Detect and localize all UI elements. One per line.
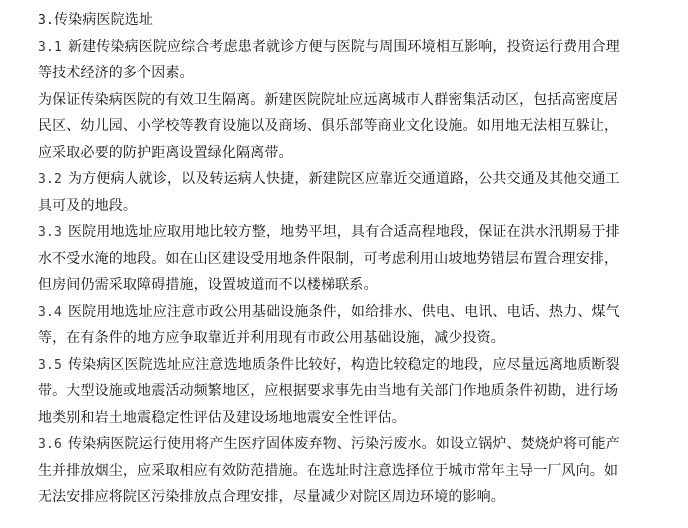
paragraph-text: 无法安排应将院区污染排放点合理安排，尽量减少对院区周边环境的影响。 <box>38 489 505 505</box>
paragraph-line: 为保证传染病医院的有效卫生隔离。新建医院院址应远离城市人群密集活动区，包括高密度… <box>38 87 618 114</box>
clause-number: 3.2 <box>38 172 62 187</box>
paragraph-line: 地类别和岩土地震稳定性评估及建设场地地震安全性评估。 <box>38 405 618 432</box>
paragraph-line: 带。大型设施或地震活动频繁地区，应根据要求事先由当地有关部门作地质条件初勘，进行… <box>38 378 618 405</box>
paragraph-line: 等技术经济的多个因素。 <box>38 60 618 87</box>
paragraph-text: 但房间仍需采取障碍措施，设置坡道而不以楼梯联系。 <box>38 277 378 293</box>
paragraph-line: 民区、幼儿园、小学校等教育设施以及商场、俱乐部等商业文化设施。如用地无法相互躲让… <box>38 113 618 140</box>
paragraph-line: 生并排放烟尘，应采取相应有效防范措施。在选址时注意选择位于城市常年主导一厂风向。… <box>38 458 618 485</box>
document-body: 3.传染病医院选址 3.1新建传染病医院应综合考虑患者就诊方便与医院与周围环境相… <box>38 7 618 511</box>
section-number: 3. <box>38 13 54 28</box>
clause-number: 3.5 <box>38 358 62 373</box>
clause-number: 3.4 <box>38 305 62 320</box>
paragraph-line: 3.1新建传染病医院应综合考虑患者就诊方便与医院与周围环境相互影响，投资运行费用… <box>38 34 618 61</box>
paragraph-line: 应采取必要的防护距离设置绿化隔离带。 <box>38 140 618 167</box>
paragraph-line: 3.5传染病区医院选址应注意选地质条件比较好，构造比较稳定的地段，应尽量远离地质… <box>38 352 618 379</box>
paragraph-text: 应采取必要的防护距离设置绿化隔离带。 <box>38 145 293 161</box>
paragraph-text: 传染病医院运行使用将产生医疗固体废弃物、污染污废水。如设立锅炉、焚烧炉将可能产 <box>68 436 620 452</box>
section-title: 传染病医院选址 <box>54 12 153 28</box>
paragraph-line: 3.4医院用地选址应注意市政公用基础设施条件，如给排水、供电、电讯、电话、热力、… <box>38 299 618 326</box>
paragraph-line: 3.3医院用地选址应取用地比较方整，地势平坦，具有合适高程地段，保证在洪水汛期易… <box>38 219 618 246</box>
paragraph-3-5: 3.5传染病区医院选址应注意选地质条件比较好，构造比较稳定的地段，应尽量远离地质… <box>38 352 618 432</box>
paragraph-line: 无法安排应将院区污染排放点合理安排，尽量减少对院区周边环境的影响。 <box>38 484 618 511</box>
paragraph-text: 水不受水淹的地段。如在山区建设受用地条件限制，可考虑利用山坡地势错层布置合理安排… <box>38 251 618 267</box>
section-heading: 3.传染病医院选址 <box>38 7 618 34</box>
paragraph-text: 为方便病人就诊，以及转运病人快捷，新建院区应靠近交通道路，公共交通及其他交通工 <box>68 171 620 187</box>
paragraph-line: 具可及的地段。 <box>38 193 618 220</box>
clause-number: 3.6 <box>38 437 62 452</box>
paragraph-text: 为保证传染病医院的有效卫生隔离。新建医院院址应远离城市人群密集活动区，包括高密度… <box>38 92 618 108</box>
paragraph-text: 带。大型设施或地震活动频繁地区，应根据要求事先由当地有关部门作地质条件初勘，进行… <box>38 383 618 399</box>
paragraph-line: 水不受水淹的地段。如在山区建设受用地条件限制，可考虑利用山坡地势错层布置合理安排… <box>38 246 618 273</box>
paragraph-text: 民区、幼儿园、小学校等教育设施以及商场、俱乐部等商业文化设施。如用地无法相互躲让… <box>38 118 618 134</box>
paragraph-3-4: 3.4医院用地选址应注意市政公用基础设施条件，如给排水、供电、电讯、电话、热力、… <box>38 299 618 352</box>
paragraph-line: 但房间仍需采取障碍措施，设置坡道而不以楼梯联系。 <box>38 272 618 299</box>
paragraph-text: 医院用地选址应取用地比较方整，地势平坦，具有合适高程地段，保证在洪水汛期易于排 <box>68 224 620 240</box>
paragraph-line: 3.2为方便病人就诊，以及转运病人快捷，新建院区应靠近交通道路，公共交通及其他交… <box>38 166 618 193</box>
clause-number: 3.1 <box>38 40 62 55</box>
paragraph-text: 新建传染病医院应综合考虑患者就诊方便与医院与周围环境相互影响，投资运行费用合理 <box>68 39 620 55</box>
clause-number: 3.3 <box>38 225 62 240</box>
paragraph-text: 等技术经济的多个因素。 <box>38 65 194 81</box>
paragraph-text: 医院用地选址应注意市政公用基础设施条件，如给排水、供电、电讯、电话、热力、煤气 <box>68 304 620 320</box>
paragraph-3-6: 3.6传染病医院运行使用将产生医疗固体废弃物、污染污废水。如设立锅炉、焚烧炉将可… <box>38 431 618 511</box>
paragraph-isolation: 为保证传染病医院的有效卫生隔离。新建医院院址应远离城市人群密集活动区，包括高密度… <box>38 87 618 167</box>
paragraph-text: 地类别和岩土地震稳定性评估及建设场地地震安全性评估。 <box>38 410 406 426</box>
paragraph-3-3: 3.3医院用地选址应取用地比较方整，地势平坦，具有合适高程地段，保证在洪水汛期易… <box>38 219 618 299</box>
paragraph-3-1: 3.1新建传染病医院应综合考虑患者就诊方便与医院与周围环境相互影响，投资运行费用… <box>38 34 618 87</box>
paragraph-text: 传染病区医院选址应注意选地质条件比较好，构造比较稳定的地段，应尽量远离地质断裂 <box>68 357 620 373</box>
paragraph-text: 生并排放烟尘，应采取相应有效防范措施。在选址时注意选择位于城市常年主导一厂风向。… <box>38 463 618 479</box>
paragraph-text: 等，在有条件的地方应争取靠近并利用现有市政公用基础设施，减少投资。 <box>38 330 505 346</box>
paragraph-line: 3.6传染病医院运行使用将产生医疗固体废弃物、污染污废水。如设立锅炉、焚烧炉将可… <box>38 431 618 458</box>
paragraph-3-2: 3.2为方便病人就诊，以及转运病人快捷，新建院区应靠近交通道路，公共交通及其他交… <box>38 166 618 219</box>
paragraph-line: 等，在有条件的地方应争取靠近并利用现有市政公用基础设施，减少投资。 <box>38 325 618 352</box>
paragraph-text: 具可及的地段。 <box>38 198 137 214</box>
